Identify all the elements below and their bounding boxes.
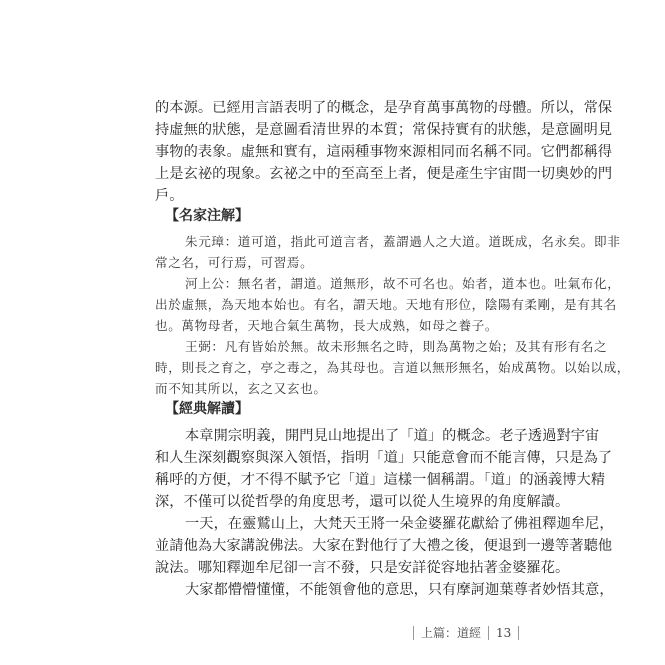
interpretation-line: 和人生深刻觀察與深入領悟，指明「道」只能意會而不能言傳，只是為了	[155, 447, 510, 469]
section-heading-commentary: 【名家注解】	[165, 205, 249, 227]
intro-line: 戶。	[155, 185, 510, 207]
interpretation-line: 並請他為大家講說佛法。大家在對他行了大禮之後，便退到一邊等著聽他	[155, 535, 510, 557]
commentary-line: 出於虛無，為天地本始也。有名，謂天地。天地有形位，陰陽有柔剛，是有其名	[155, 294, 510, 315]
interpretation-line: 一天，在靈鷲山上，大梵天王將一朵金婆羅花獻給了佛祖釋迦牟尼，	[155, 513, 540, 535]
intro-line: 事物的表象。虛無和實有，這兩種事物來源相同而名稱不同。它們都稱得	[155, 141, 510, 163]
interpretation-line: 本章開宗明義，開門見山地提出了「道」的概念。老子透過對宇宙	[155, 425, 540, 447]
commentary-line: 常之名，可行焉，可習焉。	[155, 252, 510, 273]
commentary-line: 河上公：無名者，謂道。道無形，故不可名也。始者，道本也。吐氣布化，	[155, 273, 540, 294]
commentary-line: 時，則長之育之，亭之毒之，為其母也。言道以無形無名，始成萬物。以始以成，	[155, 357, 510, 378]
commentary-line: 而不知其所以，玄之又玄也。	[155, 378, 510, 399]
commentary-line: 王弼：凡有皆始於無。故未形無名之時，則為萬物之始；及其有形有名之	[155, 336, 540, 357]
commentary-line: 也。萬物母者，天地合氣生萬物，長大成熟，如母之養子。	[155, 315, 510, 336]
interpretation-line: 說法。哪知釋迦牟尼卻一言不發，只是安詳從容地拈著金婆羅花。	[155, 557, 510, 579]
intro-line: 持虛無的狀態，是意圖看清世界的本質；常保持實有的狀態，是意圖明見	[155, 119, 510, 141]
section-heading-interpretation: 【經典解讀】	[165, 398, 249, 420]
intro-line: 上是玄祕的現象。玄祕之中的至高至上者，便是產生宇宙間一切奧妙的門	[155, 163, 510, 185]
book-page: 的本源。已經用言語表明了的概念，是孕育萬事萬物的母體。所以，常保 持虛無的狀態，…	[0, 0, 665, 665]
footer-divider	[518, 626, 519, 640]
interpretation-line: 稱呼的方便，才不得不賦予它「道」這樣一個稱謂。「道」的涵義博大精	[155, 469, 510, 491]
interpretation-line: 深，不僅可以從哲學的角度思考，還可以從人生境界的角度解讀。	[155, 491, 510, 513]
interpretation-line: 大家都懵懵懂懂，不能領會他的意思，只有摩訶迦葉尊者妙悟其意，	[155, 579, 540, 601]
intro-line: 的本源。已經用言語表明了的概念，是孕育萬事萬物的母體。所以，常保	[155, 97, 510, 119]
page-footer: 上篇：道經 13	[413, 624, 526, 642]
page-number: 13	[496, 624, 511, 642]
commentary-line: 朱元璋：道可道，指此可道言者，蓋謂過人之大道。道既成，名永矣。即非	[155, 231, 540, 252]
footer-section-label: 上篇：道經	[421, 624, 481, 642]
footer-divider	[488, 626, 489, 640]
footer-divider	[413, 626, 414, 640]
